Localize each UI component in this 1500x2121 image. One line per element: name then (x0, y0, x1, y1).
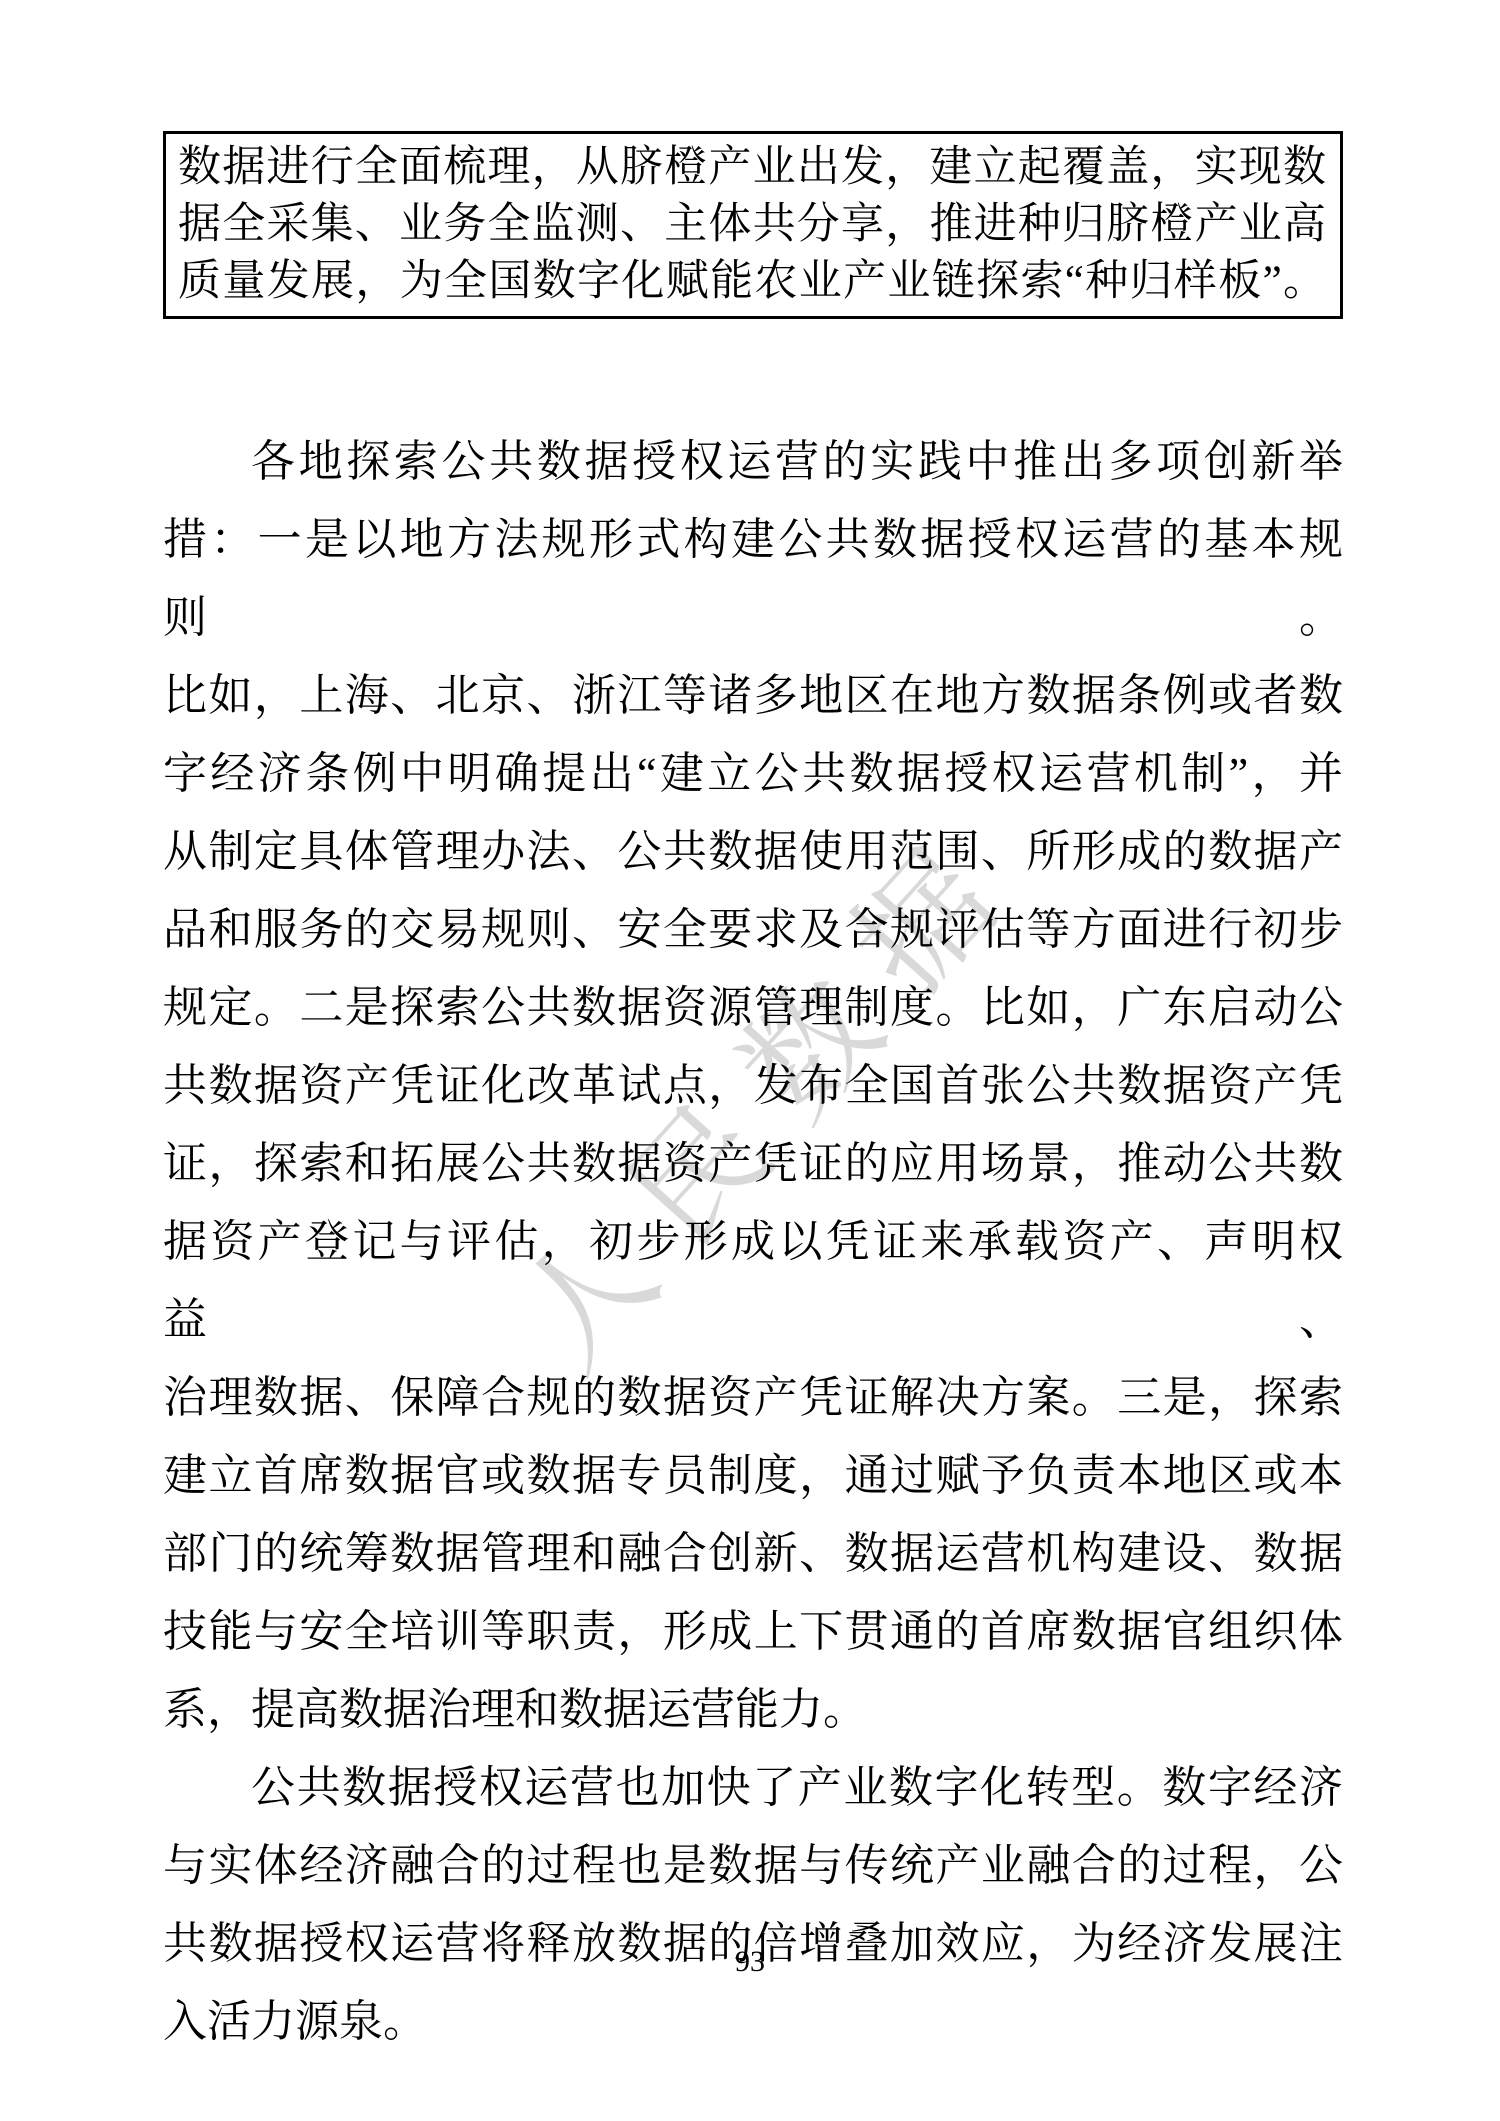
paragraph-line: 措：一是以地方法规形式构建公共数据授权运营的基本规则。 (163, 501, 1343, 657)
paragraph-line: 字经济条例中明确提出“建立公共数据授权运营机制”，并 (163, 735, 1343, 813)
paragraph-line: 证，探索和拓展公共数据资产凭证的应用场景，推动公共数 (163, 1125, 1343, 1203)
paragraph-line: 与实体经济融合的过程也是数据与传统产业融合的过程，公 (163, 1827, 1343, 1905)
document-page: 人民数据 数据进行全面梳理，从脐橙产业出发，建立起覆盖，实现数 据全采集、业务全… (0, 0, 1500, 2121)
paragraph-line: 部门的统筹数据管理和融合创新、数据运营机构建设、数据 (163, 1515, 1343, 1593)
paragraph-line: 共数据资产凭证化改革试点，发布全国首张公共数据资产凭 (163, 1047, 1343, 1125)
paragraph-line: 比如，上海、北京、浙江等诸多地区在地方数据条例或者数 (163, 657, 1343, 735)
paragraph-line: 入活力源泉。 (163, 1983, 1343, 2061)
paragraph-line: 各地探索公共数据授权运营的实践中推出多项创新举 (163, 423, 1343, 501)
paragraph-line: 品和服务的交易规则、安全要求及合规评估等方面进行初步 (163, 891, 1343, 969)
paragraph-line: 公共数据授权运营也加快了产业数字化转型。数字经济 (163, 1749, 1343, 1827)
paragraph-line: 规定。二是探索公共数据资源管理制度。比如，广东启动公 (163, 969, 1343, 1047)
page-number: 93 (0, 1945, 1500, 1979)
box-text-line: 质量发展，为全国数字化赋能农业产业链探索“种归样板”。 (178, 253, 1326, 310)
paragraph-line: 治理数据、保障合规的数据资产凭证解决方案。三是，探索 (163, 1359, 1343, 1437)
box-text-line: 据全采集、业务全监测、主体共分享，推进种归脐橙产业高 (178, 196, 1326, 253)
paragraph-line: 据资产登记与评估，初步形成以凭证来承载资产、声明权益、 (163, 1203, 1343, 1359)
paragraph-line: 从制定具体管理办法、公共数据使用范围、所形成的数据产 (163, 813, 1343, 891)
box-text-line: 数据进行全面梳理，从脐橙产业出发，建立起覆盖，实现数 (178, 139, 1326, 196)
paragraph-line: 技能与安全培训等职责，形成上下贯通的首席数据官组织体 (163, 1593, 1343, 1671)
paragraph-line: 系，提高数据治理和数据运营能力。 (163, 1671, 1343, 1749)
highlight-box: 数据进行全面梳理，从脐橙产业出发，建立起覆盖，实现数 据全采集、业务全监测、主体… (163, 131, 1343, 319)
body-text: 各地探索公共数据授权运营的实践中推出多项创新举 措：一是以地方法规形式构建公共数… (163, 423, 1343, 2061)
paragraph-line: 建立首席数据官或数据专员制度，通过赋予负责本地区或本 (163, 1437, 1343, 1515)
